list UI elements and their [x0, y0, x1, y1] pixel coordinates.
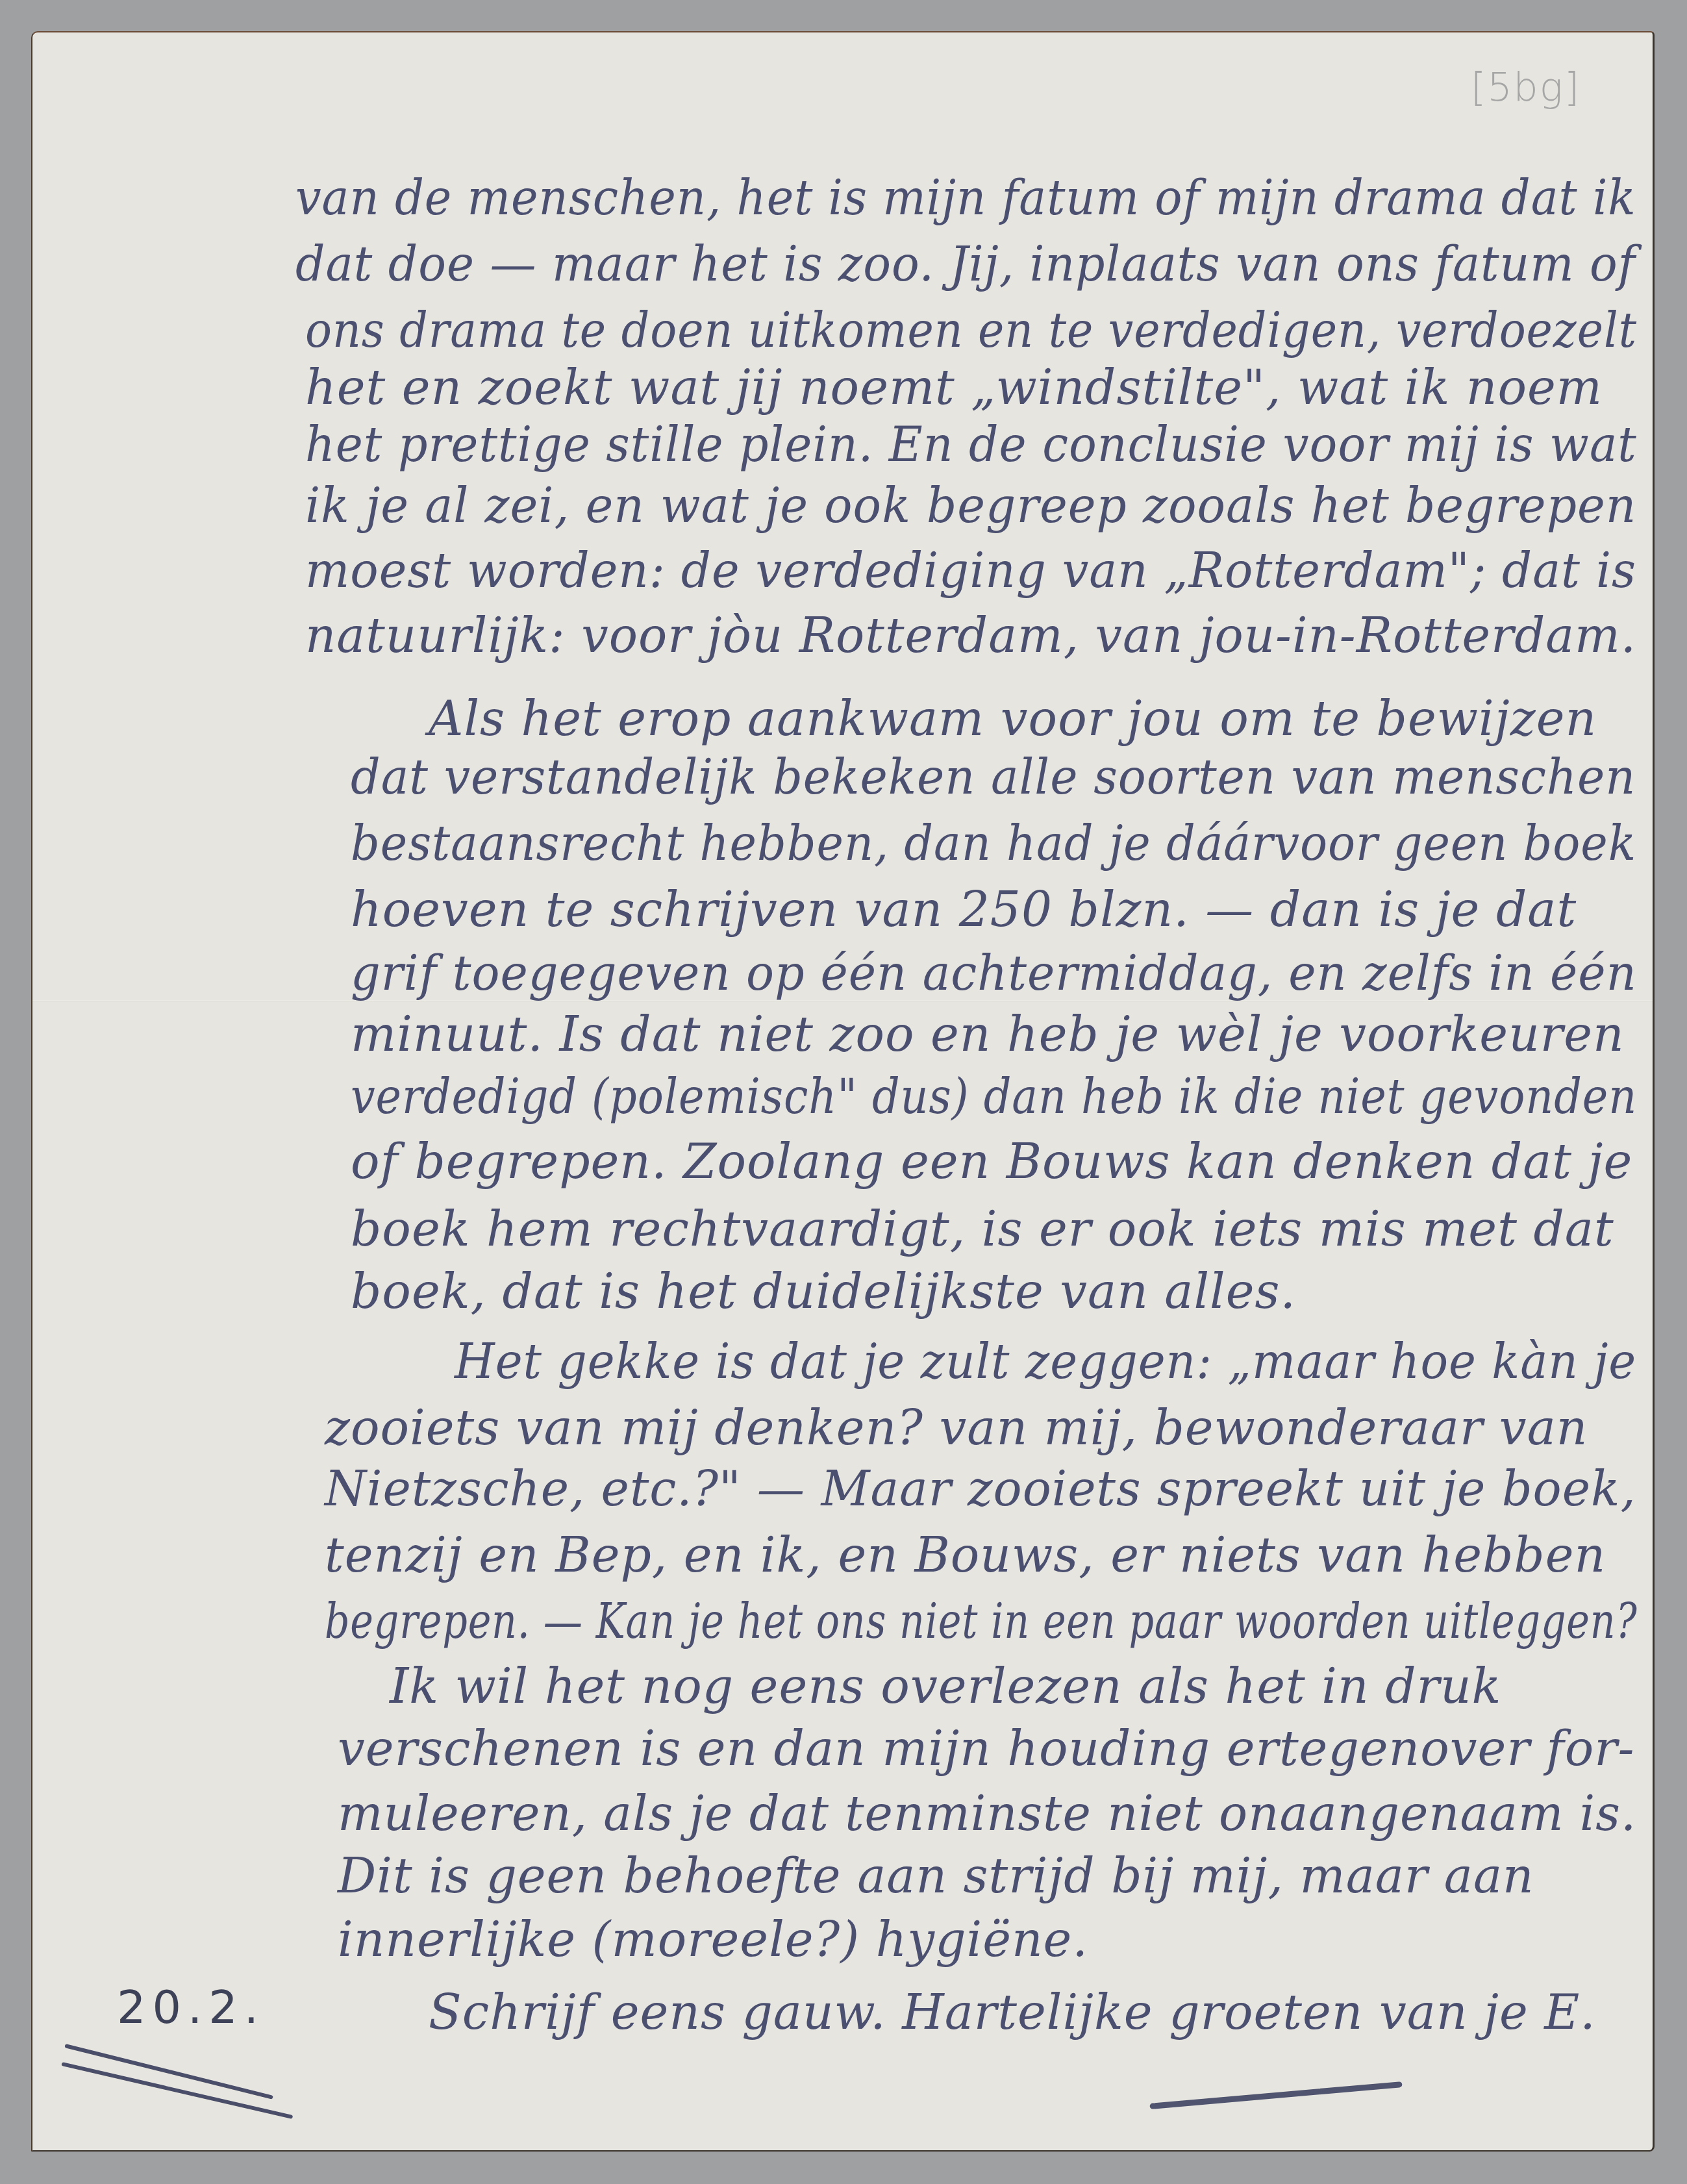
letter-line: Ik wil het nog eens overlezen als het in…: [390, 1663, 1501, 1711]
letter-line: boek, dat is het duidelijkste van alles.: [351, 1268, 1296, 1316]
letter-line: Het gekke is dat je zult zeggen: „maar h…: [455, 1338, 1636, 1386]
letter-line: zooiets van mij denken? van mij, bewonde…: [325, 1404, 1588, 1452]
letter-line: dat verstandelijk bekeken alle soorten v…: [351, 753, 1636, 801]
letter-line: het en zoekt wat jij noemt „windstilte",…: [305, 364, 1603, 412]
letter-line: hoeven te schrijven van 250 blzn. — dan …: [351, 886, 1577, 934]
letter-line: verdedigd (polemisch" dus) dan heb ik di…: [351, 1073, 1637, 1121]
letter-line: grif toegegeven op één achtermiddag, en …: [351, 949, 1637, 998]
letter-line: Nietzsche, etc.?" — Maar zooiets spreekt…: [325, 1465, 1636, 1513]
letter-line: ik je al zei, en wat je ook begreep zooa…: [305, 482, 1636, 530]
letter-line: minuut. Is dat niet zoo en heb je wèl je…: [351, 1010, 1625, 1059]
letter-line: het prettige stille plein. En de conclus…: [305, 421, 1637, 469]
letter-line: tenzij en Bep, en ik, en Bouws, er niets…: [325, 1531, 1606, 1579]
letter-closing: Schrijf eens gauw. Hartelijke groeten va…: [429, 1989, 1596, 2037]
letter-line: dat doe — maar het is zoo. Jij, inplaats…: [295, 240, 1636, 288]
letter-line: verschenen is en dan mijn houding ertege…: [338, 1725, 1635, 1773]
date-note: 20.2.: [117, 1981, 265, 2034]
archive-page-mark: [5bg]: [1471, 65, 1581, 110]
letter-line: boek hem rechtvaardigt, is er ook iets m…: [351, 1205, 1614, 1253]
letter-line: van de menschen, het is mijn fatum of mi…: [295, 174, 1636, 222]
letter-line: innerlijke (moreele?) hygiëne.: [338, 1916, 1088, 1964]
letter-line: natuurlijk: voor jòu Rotterdam, van jou-…: [305, 612, 1636, 660]
letter-line: Als het erop aankwam voor jou om te bewi…: [429, 695, 1597, 743]
letter-line: Dit is geen behoefte aan strijd bij mij,…: [338, 1852, 1534, 1900]
letter-line: of begrepen. Zoolang een Bouws kan denke…: [351, 1138, 1632, 1186]
letter-line: muleeren, als je dat tenminste niet onaa…: [338, 1790, 1636, 1838]
letter-line: bestaansrecht hebben, dan had je dáárvoo…: [351, 820, 1636, 868]
letter-line: begrepen. — Kan je het ons niet in een p…: [325, 1598, 1637, 1646]
letter-line: moest worden: de verdediging van „Rotter…: [305, 547, 1636, 595]
letter-line: ons drama te doen uitkomen en te verdedi…: [305, 307, 1637, 355]
